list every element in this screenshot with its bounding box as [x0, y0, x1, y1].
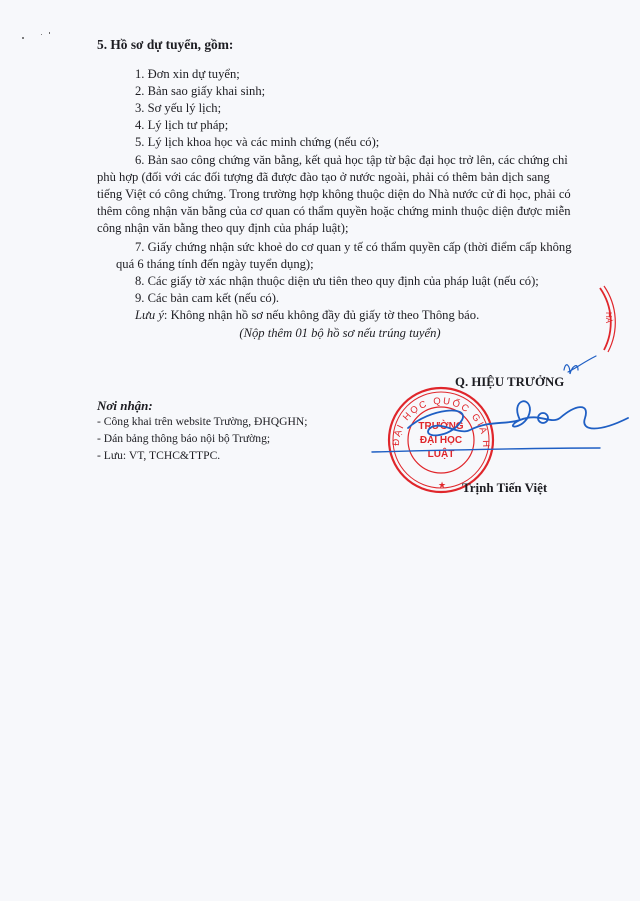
signer-name: Trịnh Tiến Việt — [462, 480, 547, 496]
partial-stamp: HÀ — [600, 286, 615, 352]
handwritten-signature — [372, 356, 628, 452]
svg-text:LUẬT: LUẬT — [428, 447, 455, 460]
svg-text:ĐẠI HỌC: ĐẠI HỌC — [420, 435, 462, 446]
official-seal: ĐẠI HỌC QUỐC GIA HÀ NỘI TRƯỜNG ĐẠI HỌC L… — [0, 0, 493, 492]
svg-text:★: ★ — [438, 480, 446, 490]
seal-and-signature: HÀ ĐẠI HỌC QUỐC GIA HÀ NỘI TRƯỜNG ĐẠI HỌ… — [0, 0, 640, 901]
svg-text:ĐẠI HỌC QUỐC GIA HÀ NỘI: ĐẠI HỌC QUỐC GIA HÀ NỘI — [0, 0, 491, 449]
signature-title: Q. HIỆU TRƯỞNG — [455, 375, 564, 390]
svg-text:HÀ: HÀ — [604, 312, 613, 324]
document-page: 5. Hồ sơ dự tuyển, gồm: 1. Đơn xin dự tu… — [0, 0, 640, 901]
